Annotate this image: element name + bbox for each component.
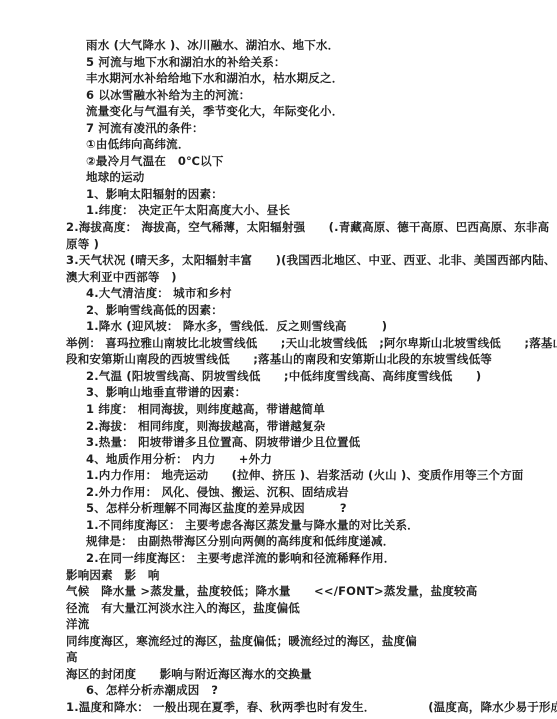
text-line: 海区的封闭度 影响与附近海区海水的交换量	[66, 666, 533, 683]
text-line: 1.降水 (迎风坡： 降水多，雪线低．反之则雪线高 )	[66, 318, 533, 335]
text-line: 1.不同纬度海区： 主要考虑各海区蒸发量与降水量的对比关系．	[66, 517, 533, 534]
text-line: 原等 )	[66, 236, 533, 253]
text-line: 举例： 喜玛拉雅山南坡比北坡雪线低 ;天山北坡雪线低 ;阿尔卑斯山北坡雪线低 ;…	[66, 335, 533, 352]
text-line: 3.热量： 阳坡带谱多且位置高、阴坡带谱少且位置低	[66, 434, 533, 451]
text-line: 2.海拔高度： 海拔高，空气稀薄，太阳辐射强 (.青藏高原、德干高原、巴西高原、…	[66, 219, 533, 236]
text-line: 同纬度海区，寒流经过的海区，盐度偏低；暖流经过的海区，盐度偏	[66, 633, 533, 650]
text-line: 7 河流有凌汛的条件：	[66, 120, 533, 137]
text-line: 2.在同一纬度海区： 主要考虑洋流的影响和径流稀释作用．	[66, 550, 533, 567]
text-line: 洋流	[66, 616, 533, 633]
text-line: 2、影响雪线高低的因素：	[66, 302, 533, 319]
text-line: 2.外力作用： 风化、侵蚀、搬运、沉积、固结成岩	[66, 484, 533, 501]
text-line: 段和安第斯山南段的西坡雪线低 ;落基山的南段和安第斯山北段的东坡雪线低等	[66, 351, 533, 368]
text-line: 丰水期河水补给给地下水和湖泊水，枯水期反之．	[66, 70, 533, 87]
text-line: 规律是： 由副热带海区分别向两侧的高纬度和低纬度递减．	[66, 533, 533, 550]
text-line: 4、地质作用分析： 内力 +外力	[66, 451, 533, 468]
text-line: 1.纬度： 决定正午太阳高度大小、昼长	[66, 202, 533, 219]
text-line: 6、怎样分析赤潮成因 ?	[66, 682, 533, 699]
text-line: 澳大利亚中西部等 )	[66, 269, 533, 286]
text-line: 2.气温 (阳坡雪线高、阴坡雪线低 ;中低纬度雪线高、高纬度雪线低 )	[66, 368, 533, 385]
text-line: ②最冷月气温在 0℃以下	[66, 153, 533, 170]
text-line: 2.海拔： 相同纬度，则海拔越高，带谱越复杂	[66, 418, 533, 435]
text-line: 流量变化与气温有关，季节变化大，年际变化小．	[66, 103, 533, 120]
text-line: ①由低纬向高纬流．	[66, 136, 533, 153]
text-line: 雨水 (大气降水 )、冰川融水、湖泊水、地下水．	[66, 37, 533, 54]
text-line: 5 河流与地下水和湖泊水的补给关系：	[66, 54, 533, 71]
text-line: 5、怎样分析理解不同海区盐度的差异成因 ?	[66, 500, 533, 517]
text-line: 4.大气清洁度： 城市和乡村	[66, 285, 533, 302]
text-line: 1、影响太阳辐射的因素：	[66, 186, 533, 203]
text-line: 影响因素 影 响	[66, 567, 533, 584]
text-line: 6 以冰雪融水补给为主的河流：	[66, 87, 533, 104]
text-line: 1.内力作用： 地壳运动 (拉伸、挤压 )、岩浆活动 (火山 )、变质作用等三个…	[66, 467, 533, 484]
text-line: 1 纬度： 相同海拔，则纬度越高，带谱越简单	[66, 401, 533, 418]
text-line: 1.温度和降水： 一般出现在夏季，春、秋两季也时有发生． (温度高，降水少易于形…	[66, 699, 533, 716]
text-line: 地球的运动	[66, 169, 533, 186]
text-line: 3.天气状况 (晴天多，太阳辐射丰富 )(我国西北地区、中亚、西亚、北非、美国西…	[66, 252, 533, 269]
document-body: 雨水 (大气降水 )、冰川融水、湖泊水、地下水．5 河流与地下水和湖泊水的补给关…	[66, 37, 533, 715]
document-page: 雨水 (大气降水 )、冰川融水、湖泊水、地下水．5 河流与地下水和湖泊水的补给关…	[0, 0, 557, 719]
text-line: 3、影响山地垂直带谱的因素：	[66, 384, 533, 401]
text-line: 高	[66, 649, 533, 666]
text-line: 径流 有大量江河淡水注入的海区，盐度偏低	[66, 600, 533, 617]
text-line: 气候 降水量 >蒸发量，盐度较低；降水量 <</FONT>蒸发量，盐度较高	[66, 583, 533, 600]
